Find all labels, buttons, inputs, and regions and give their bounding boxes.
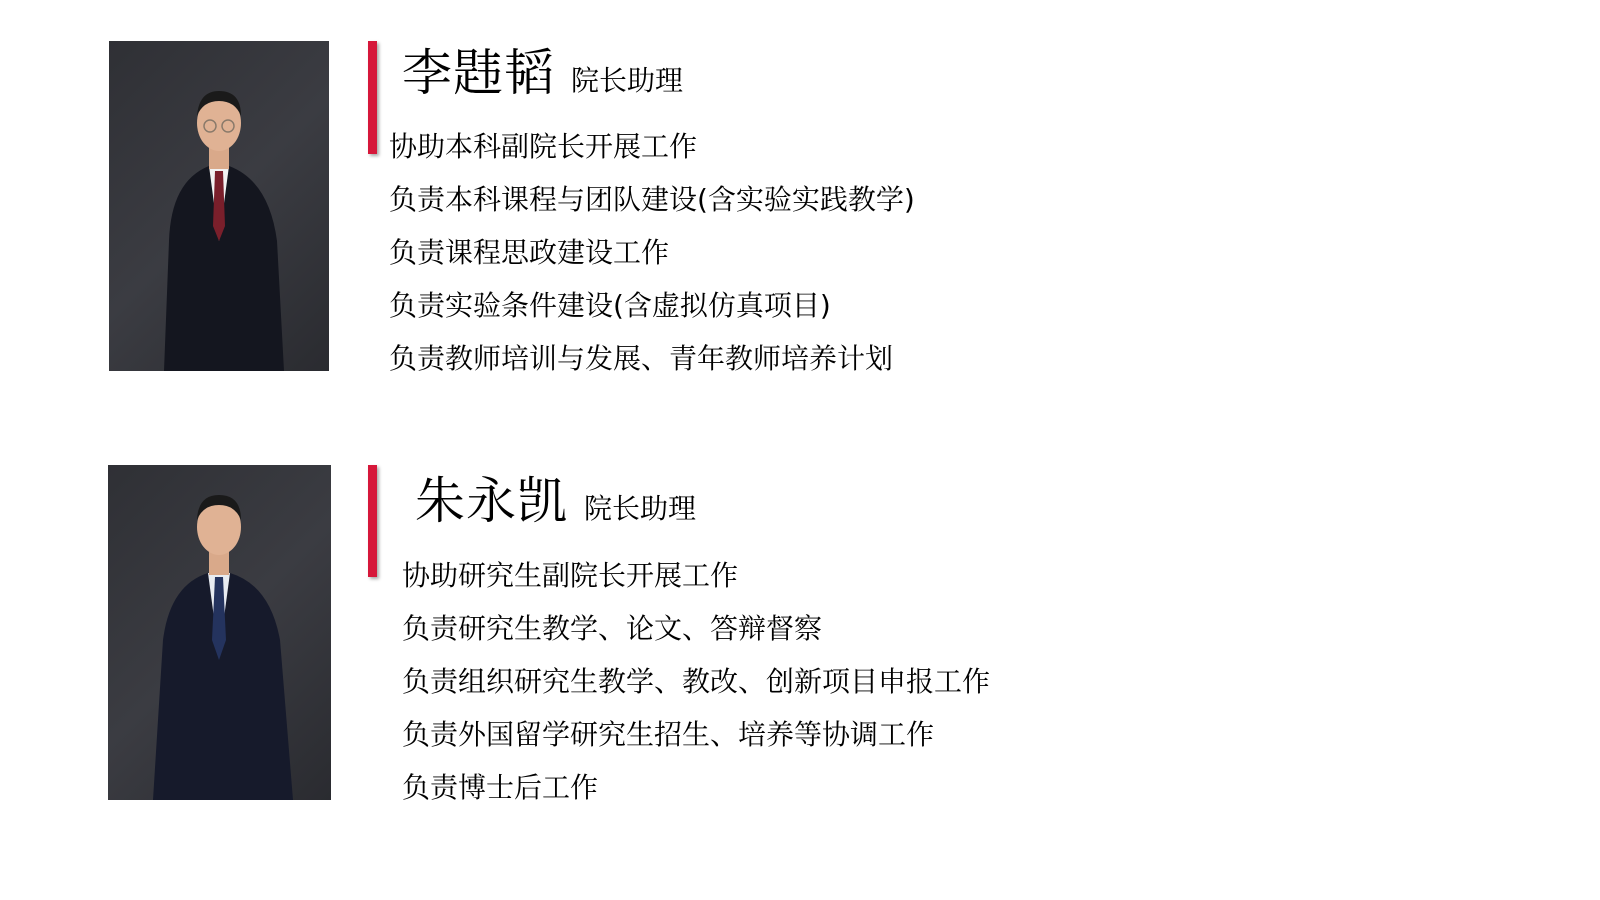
accent-bar <box>368 41 377 154</box>
duty-item: 负责博士后工作 <box>402 761 990 814</box>
person-silhouette-icon <box>109 41 329 371</box>
duty-item: 负责研究生教学、论文、答辩督察 <box>402 602 990 655</box>
duty-item: 负责实验条件建设(含虚拟仿真项目) <box>389 279 915 332</box>
person-silhouette-icon <box>108 465 331 800</box>
duty-item: 负责课程思政建设工作 <box>389 226 915 279</box>
duty-list: 协助研究生副院长开展工作 负责研究生教学、论文、答辩督察 负责组织研究生教学、教… <box>402 549 990 814</box>
portrait-photo <box>108 465 331 800</box>
person-title: 院长助理 <box>584 487 696 527</box>
portrait-photo <box>109 41 329 371</box>
person-name: 李韪韬 <box>402 48 555 98</box>
duty-item: 负责本科课程与团队建设(含实验实践教学) <box>389 173 915 226</box>
accent-bar <box>368 465 377 577</box>
duty-item: 负责组织研究生教学、教改、创新项目申报工作 <box>402 655 990 708</box>
person-title: 院长助理 <box>571 59 683 99</box>
duty-item: 负责教师培训与发展、青年教师培养计划 <box>389 332 915 385</box>
duty-item: 负责外国留学研究生招生、培养等协调工作 <box>402 708 990 761</box>
duty-item: 协助本科副院长开展工作 <box>389 120 915 173</box>
person-name: 朱永凯 <box>415 476 568 526</box>
duty-list: 协助本科副院长开展工作 负责本科课程与团队建设(含实验实践教学) 负责课程思政建… <box>389 120 915 385</box>
duty-item: 协助研究生副院长开展工作 <box>402 549 990 602</box>
